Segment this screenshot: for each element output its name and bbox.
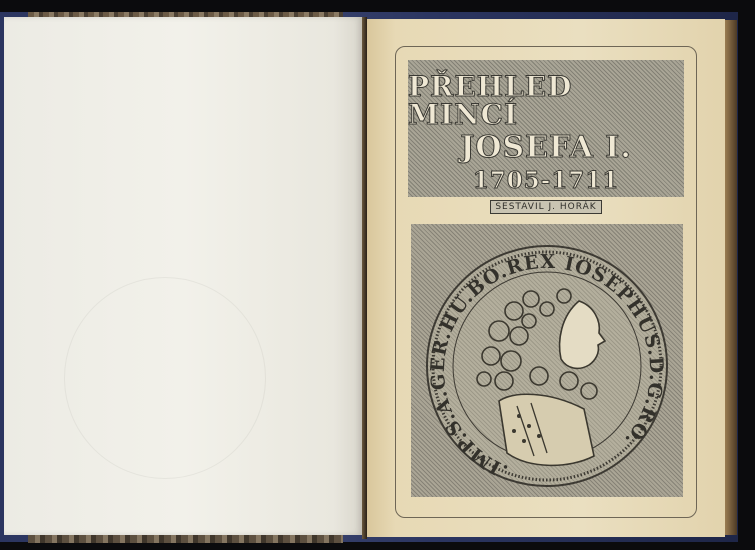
marbled-edge-bottom — [28, 535, 343, 543]
title-line-2: JOSEFA I. — [460, 133, 632, 163]
title-years: 1705-1711 — [473, 169, 620, 192]
coin-illustration-panel: .IMP.S.A.GER.HU.BO.REX IOSEPHUS.D.G.RO. — [411, 224, 683, 497]
coin-portrait-icon: .IMP.S.A.GER.HU.BO.REX IOSEPHUS.D.G.RO. — [419, 241, 675, 491]
title-page: PŘEHLED MINCÍ JOSEFA I. 1705-1711 SESTAV… — [367, 19, 725, 537]
left-endpaper-page — [4, 17, 362, 535]
author-credit: SESTAVIL J. HORÁK — [490, 200, 601, 214]
title-line-1: PŘEHLED MINCÍ — [408, 73, 684, 129]
show-through-coin-impression — [64, 277, 266, 479]
page-block-edge — [725, 20, 737, 535]
title-block: PŘEHLED MINCÍ JOSEFA I. 1705-1711 SESTAV… — [408, 60, 684, 197]
